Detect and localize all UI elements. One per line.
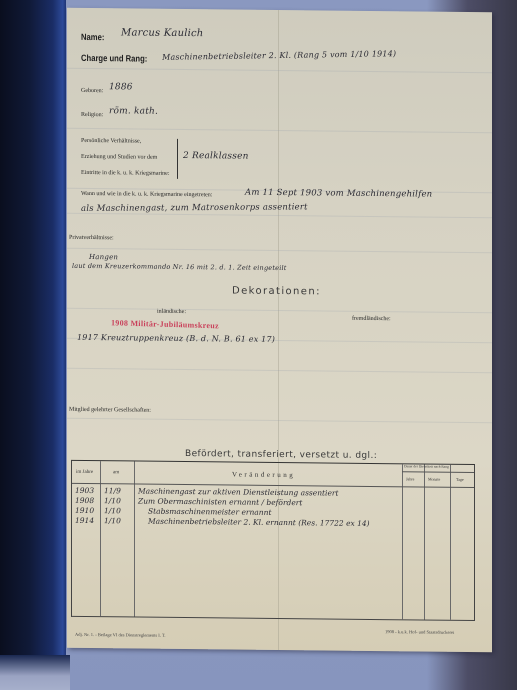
transfers-table: im Jahre am Veränderung Dauer der Dienst… — [71, 460, 475, 621]
education-value: 2 Realklassen — [183, 151, 249, 162]
row-2-year: 1910 — [75, 506, 94, 515]
charge-label: Charge und Rang: — [81, 53, 147, 64]
geboren-label: Geboren: — [81, 88, 103, 94]
binder-bottom-edge — [0, 655, 70, 690]
row-3-year: 1914 — [75, 516, 94, 525]
education-label-2: Erziehung und Studien vor dem — [81, 154, 157, 161]
education-label-3: Eintritte in die k. u. k. Kriegsmarine: — [81, 170, 169, 177]
eintritt-value-line2: als Maschinengast, zum Matrosenkorps ass… — [81, 202, 308, 214]
religion-label: Religion: — [81, 112, 103, 118]
societies-label: Mitglied gelehrter Gesellschaften: — [69, 407, 151, 414]
row-3-change: Maschinenbetriebsleiter 2. Kl. ernannt (… — [148, 517, 370, 528]
decorations-foreign-label: fremdländische: — [352, 316, 391, 322]
col-header-year: im Jahre — [76, 470, 93, 475]
document-page: Name: Marcus Kaulich Charge und Rang: Ma… — [67, 8, 492, 652]
footer-right: 1908 - k.u.k. Hof- und Staatsdruckerei — [385, 629, 454, 635]
col-header-months: Monate — [428, 477, 440, 482]
religion-value: röm. kath. — [109, 106, 158, 117]
row-3-date: 1/10 — [104, 516, 121, 525]
decoration-domestic-entry: 1917 Kreuztruppenkreuz (B. d. N. B. 61 e… — [77, 333, 275, 344]
footer-left: Adj. Nr. 1. - Beilage VI des Dienstregle… — [75, 632, 165, 638]
row-0-date: 11/9 — [104, 486, 121, 495]
decorations-title: Dekorationen: — [232, 286, 321, 298]
blue-binder-spine — [0, 0, 66, 665]
private-label: Privatverhältnisse: — [69, 235, 114, 241]
row-1-date: 1/10 — [104, 496, 121, 505]
col-header-date: am — [113, 470, 119, 475]
name-label: Name: — [81, 32, 104, 42]
private-value: laut dem Kreuzerkommando Nr. 16 mit 2. d… — [72, 262, 287, 272]
charge-value: Maschinenbetriebsleiter 2. Kl. (Rang 5 v… — [162, 49, 396, 62]
geboren-value: 1886 — [109, 82, 133, 92]
eintritt-value-line1: Am 11 Sept 1903 vom Maschinengehilfen — [245, 188, 432, 200]
row-1-year: 1908 — [75, 496, 94, 505]
row-0-year: 1903 — [75, 486, 94, 495]
education-bracket — [177, 139, 178, 179]
decorations-domestic-label: inländische: — [157, 309, 186, 315]
decoration-stamp: 1908 Militär-Jubiläumskreuz — [111, 318, 219, 330]
col-header-years: Jahre — [406, 476, 414, 481]
transfers-title: Befördert, transferiert, versetzt u. dgl… — [185, 449, 377, 461]
education-label-1: Persönliche Verhältnisse, — [81, 138, 141, 145]
row-2-date: 1/10 — [104, 506, 121, 515]
col-header-change: Veränderung — [232, 471, 295, 480]
name-value: Marcus Kaulich — [121, 27, 203, 39]
eintritt-label: Wann und wie in die k. u. k. Kriegsmarin… — [81, 191, 212, 198]
private-value-superscript: Hangen — [89, 253, 118, 261]
row-1-change: Zum Obermaschinisten ernannt / befördert — [138, 497, 302, 508]
col-header-days: Tage — [456, 477, 464, 482]
row-2-change: Stabsmaschinenmeister ernannt — [148, 507, 271, 517]
col-header-duration: Dauer der Dienstzeit nach Rang — [404, 464, 449, 468]
